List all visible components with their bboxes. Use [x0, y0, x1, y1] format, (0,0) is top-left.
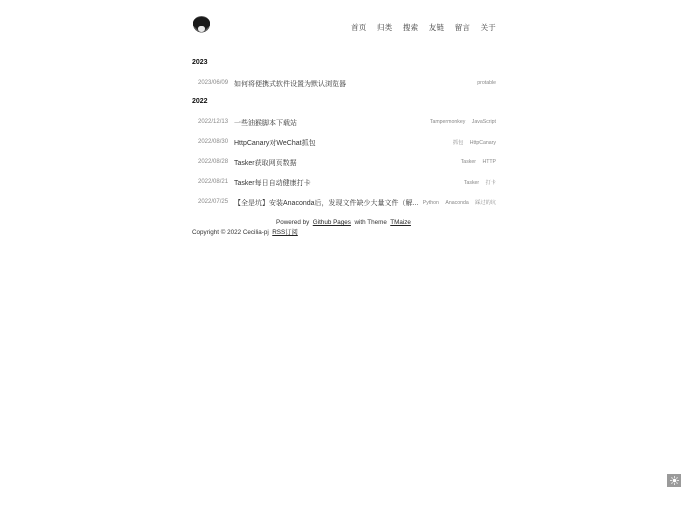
post-tag[interactable]: Anaconda — [445, 200, 468, 206]
post-title[interactable]: Tasker获取网页数据 — [234, 158, 297, 168]
post-tags: Tasker HTTP — [456, 159, 496, 165]
post-tag[interactable]: JavaScript — [472, 119, 496, 125]
post-row[interactable]: 2022/07/25 【全是坑】安装Anaconda后，发现文件缺少大量文件（解… — [198, 197, 496, 209]
post-tags: protable — [472, 80, 496, 86]
post-row[interactable]: 2022/12/13 一些油猴脚本下载站 Tampermonkey JavaSc… — [198, 117, 496, 129]
rss-link[interactable]: RSS订阅 — [272, 229, 298, 236]
post-title[interactable]: 如何将便携式软件设置为默认浏览器 — [234, 79, 346, 89]
post-tag[interactable]: 打卡 — [486, 180, 496, 186]
with-theme-text: with Theme — [354, 219, 386, 226]
post-date: 2022/07/25 — [198, 199, 228, 205]
post-date: 2022/12/13 — [198, 119, 228, 125]
main-nav: 首页 归类 搜索 友链 留言 关于 — [341, 22, 496, 33]
post-date: 2023/06/09 — [198, 80, 228, 86]
post-tags: 抓包 HttpCanary — [448, 139, 496, 146]
theme-link[interactable]: TMaize — [390, 219, 411, 226]
post-title[interactable]: HttpCanary对WeChat抓包 — [234, 138, 316, 148]
nav-links[interactable]: 友链 — [429, 22, 444, 33]
nav-categories[interactable]: 归类 — [377, 22, 392, 33]
post-title[interactable]: 【全是坑】安装Anaconda后，发现文件缺少大量文件（解... — [234, 198, 418, 208]
nav-guestbook[interactable]: 留言 — [455, 22, 470, 33]
copyright-text: Copyright © 2022 Cecilia-pj — [192, 229, 269, 236]
footer-powered-line: Powered by Github Pages with Theme TMaiz… — [276, 219, 411, 226]
post-tag[interactable]: 抓包 — [453, 140, 463, 146]
post-tags: Python Anaconda 踩过的坑 — [418, 199, 496, 206]
avatar[interactable] — [192, 16, 211, 36]
post-row[interactable]: 2022/08/28 Tasker获取网页数据 Tasker HTTP — [198, 157, 496, 169]
post-tag[interactable]: Python — [423, 200, 439, 206]
year-heading: 2022 — [192, 98, 208, 105]
nav-home[interactable]: 首页 — [351, 22, 366, 33]
github-pages-link[interactable]: Github Pages — [313, 219, 351, 226]
post-date: 2022/08/21 — [198, 179, 228, 185]
post-date: 2022/08/30 — [198, 139, 228, 145]
post-row[interactable]: 2022/08/21 Tasker每日自动健康打卡 Tasker 打卡 — [198, 177, 496, 189]
theme-toggle-button[interactable] — [667, 474, 681, 487]
post-tag[interactable]: HttpCanary — [470, 140, 496, 146]
post-tags: Tasker 打卡 — [459, 179, 496, 186]
post-tag[interactable]: HTTP — [482, 159, 496, 165]
footer-copyright-line: Copyright © 2022 Cecilia-pj RSS订阅 — [192, 227, 298, 236]
post-date: 2022/08/28 — [198, 159, 228, 165]
post-tags: Tampermonkey JavaScript — [425, 119, 496, 125]
post-title[interactable]: 一些油猴脚本下载站 — [234, 118, 297, 128]
avatar-face — [198, 26, 205, 32]
post-row[interactable]: 2022/08/30 HttpCanary对WeChat抓包 抓包 HttpCa… — [198, 137, 496, 149]
post-row[interactable]: 2023/06/09 如何将便携式软件设置为默认浏览器 protable — [198, 78, 496, 90]
post-title[interactable]: Tasker每日自动健康打卡 — [234, 178, 311, 188]
post-tag[interactable]: Tampermonkey — [430, 119, 465, 125]
post-tag[interactable]: Tasker — [464, 180, 479, 186]
post-tag[interactable]: 踩过的坑 — [475, 200, 496, 206]
powered-by-text: Powered by — [276, 219, 309, 226]
post-tag[interactable]: protable — [477, 80, 496, 86]
sun-icon — [670, 476, 679, 485]
site-header: 首页 归类 搜索 友链 留言 关于 — [192, 16, 496, 38]
post-tag[interactable]: Tasker — [461, 159, 476, 165]
nav-search[interactable]: 搜索 — [403, 22, 418, 33]
year-heading: 2023 — [192, 59, 208, 66]
nav-about[interactable]: 关于 — [481, 22, 496, 33]
